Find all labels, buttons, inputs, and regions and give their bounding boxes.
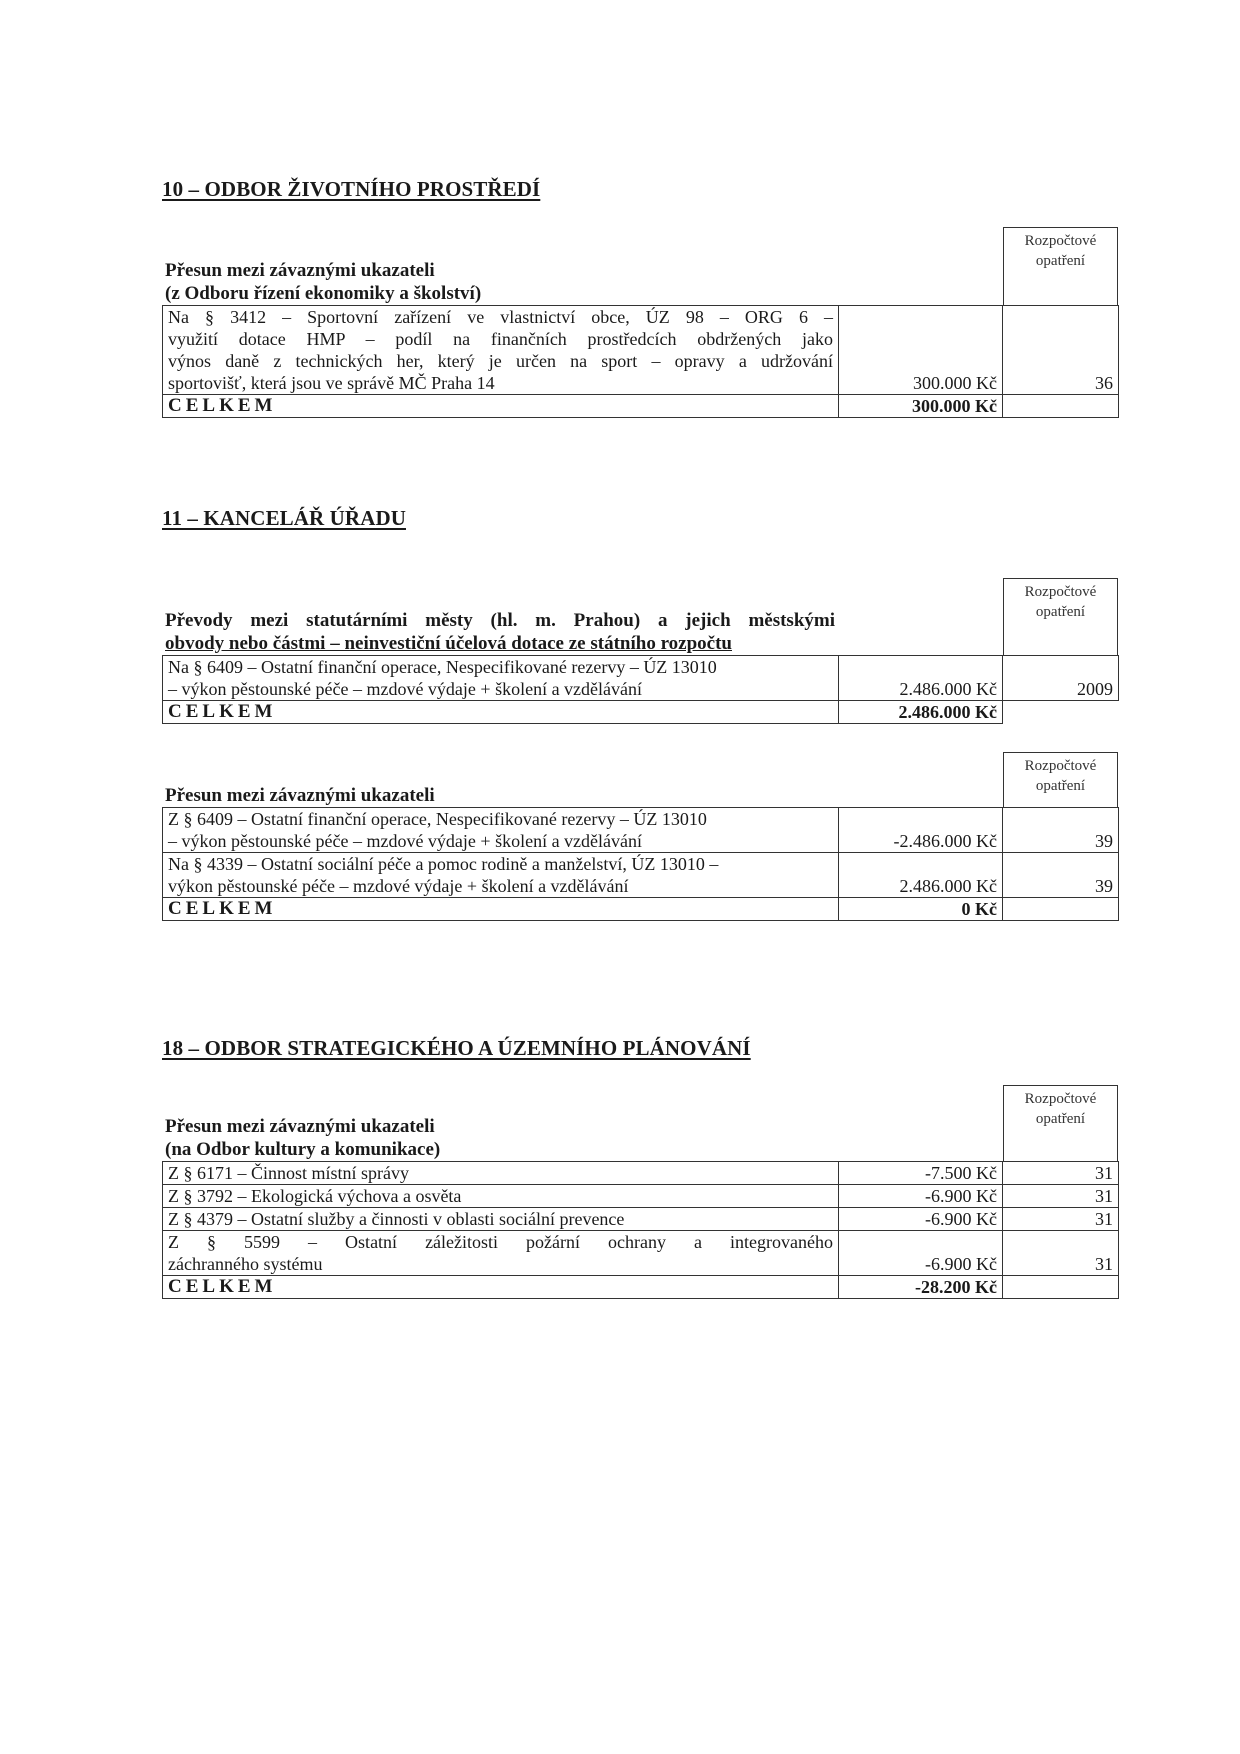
row-ro: 31 xyxy=(1003,1162,1119,1185)
row-amount: -6.900 Kč xyxy=(839,1231,1003,1276)
row-description: Z § 4379 – Ostatní služby a činnosti v o… xyxy=(163,1208,839,1231)
row-ro: 36 xyxy=(1003,306,1119,395)
total-label: CELKEM xyxy=(163,1276,839,1299)
block-heading: Přesun mezi závaznými ukazateli xyxy=(165,784,845,807)
table-row: Na § 4339 – Ostatní sociální péče a pomo… xyxy=(163,853,1119,898)
block-heading: Přesun mezi závaznými ukazateli (z Odbor… xyxy=(165,259,845,305)
ro-header-line: opatření xyxy=(1004,776,1117,796)
row-description: Z § 5599 – Ostatní záležitosti požární o… xyxy=(163,1231,839,1276)
total-label: CELKEM xyxy=(163,701,839,724)
section-title-10: 10 – ODBOR ŽIVOTNÍHO PROSTŘEDÍ xyxy=(162,177,540,202)
section-title-11: 11 – KANCELÁŘ ÚŘADU xyxy=(162,506,406,531)
ro-header-line: opatření xyxy=(1004,1109,1117,1129)
heading-line: (z Odboru řízení ekonomiky a školství) xyxy=(165,282,845,305)
total-row: CELKEM 2.486.000 Kč xyxy=(163,701,1119,724)
total-ro xyxy=(1003,701,1119,724)
row-description: Z § 6409 – Ostatní finanční operace, Nes… xyxy=(163,808,839,853)
heading-line: obvody nebo částmi – neinvestiční účelov… xyxy=(165,632,835,655)
budget-table: Na § 3412 – Sportovní zařízení ve vlastn… xyxy=(162,305,1119,418)
row-ro: 39 xyxy=(1003,853,1119,898)
block-header: Převody mezi statutárními městy (hl. m. … xyxy=(162,578,1118,655)
budget-block-18-1: Přesun mezi závaznými ukazateli (na Odbo… xyxy=(162,1085,1118,1299)
table-row: Z § 6409 – Ostatní finanční operace, Nes… xyxy=(163,808,1119,853)
ro-column-header: Rozpočtové opatření xyxy=(1003,578,1118,655)
total-ro xyxy=(1003,395,1119,418)
row-amount: 2.486.000 Kč xyxy=(839,853,1003,898)
total-row: CELKEM 300.000 Kč xyxy=(163,395,1119,418)
total-amount: 300.000 Kč xyxy=(839,395,1003,418)
heading-line: Převody mezi statutárními městy (hl. m. … xyxy=(165,609,835,632)
block-header: Přesun mezi závaznými ukazateli (z Odbor… xyxy=(162,227,1118,305)
row-amount: -6.900 Kč xyxy=(839,1208,1003,1231)
block-header: Přesun mezi závaznými ukazateli (na Odbo… xyxy=(162,1085,1118,1161)
block-header: Přesun mezi závaznými ukazateli Rozpočto… xyxy=(162,752,1118,807)
row-amount: -2.486.000 Kč xyxy=(839,808,1003,853)
total-label: CELKEM xyxy=(163,898,839,921)
total-ro xyxy=(1003,1276,1119,1299)
table-row: Z § 3792 – Ekologická výchova a osvěta -… xyxy=(163,1185,1119,1208)
ro-header-line: Rozpočtové xyxy=(1004,756,1117,776)
row-description: Na § 4339 – Ostatní sociální péče a pomo… xyxy=(163,853,839,898)
heading-line: Přesun mezi závaznými ukazateli xyxy=(165,1115,845,1138)
total-row: CELKEM -28.200 Kč xyxy=(163,1276,1119,1299)
heading-line: (na Odbor kultury a komunikace) xyxy=(165,1138,845,1161)
table-row: Na § 3412 – Sportovní zařízení ve vlastn… xyxy=(163,306,1119,395)
table-row: Z § 4379 – Ostatní služby a činnosti v o… xyxy=(163,1208,1119,1231)
row-description: Z § 3792 – Ekologická výchova a osvěta xyxy=(163,1185,839,1208)
table-row: Na § 6409 – Ostatní finanční operace, Ne… xyxy=(163,656,1119,701)
block-heading: Přesun mezi závaznými ukazateli (na Odbo… xyxy=(165,1115,845,1161)
total-amount: 0 Kč xyxy=(839,898,1003,921)
total-amount: -28.200 Kč xyxy=(839,1276,1003,1299)
budget-table: Z § 6171 – Činnost místní správy -7.500 … xyxy=(162,1161,1119,1299)
total-label: CELKEM xyxy=(163,395,839,418)
row-ro: 39 xyxy=(1003,808,1119,853)
row-description: Na § 6409 – Ostatní finanční operace, Ne… xyxy=(163,656,839,701)
budget-block-11-2: Přesun mezi závaznými ukazateli Rozpočto… xyxy=(162,752,1118,921)
budget-table: Na § 6409 – Ostatní finanční operace, Ne… xyxy=(162,655,1119,724)
row-ro: 31 xyxy=(1003,1185,1119,1208)
ro-header-line: Rozpočtové xyxy=(1004,231,1117,251)
budget-block-10-1: Přesun mezi závaznými ukazateli (z Odbor… xyxy=(162,227,1118,418)
row-ro: 31 xyxy=(1003,1231,1119,1276)
heading-line: Přesun mezi závaznými ukazateli xyxy=(165,784,845,807)
table-row: Z § 6171 – Činnost místní správy -7.500 … xyxy=(163,1162,1119,1185)
heading-line: Přesun mezi závaznými ukazateli xyxy=(165,259,845,282)
section-title-18: 18 – ODBOR STRATEGICKÉHO A ÚZEMNÍHO PLÁN… xyxy=(162,1036,751,1061)
table-row: Z § 5599 – Ostatní záležitosti požární o… xyxy=(163,1231,1119,1276)
total-ro xyxy=(1003,898,1119,921)
row-description: Na § 3412 – Sportovní zařízení ve vlastn… xyxy=(163,306,839,395)
row-ro: 2009 xyxy=(1003,656,1119,701)
ro-column-header: Rozpočtové opatření xyxy=(1003,1085,1118,1161)
ro-header-line: Rozpočtové xyxy=(1004,582,1117,602)
row-description: Z § 6171 – Činnost místní správy xyxy=(163,1162,839,1185)
row-amount: -7.500 Kč xyxy=(839,1162,1003,1185)
row-amount: 300.000 Kč xyxy=(839,306,1003,395)
ro-header-line: Rozpočtové xyxy=(1004,1089,1117,1109)
ro-column-header: Rozpočtové opatření xyxy=(1003,752,1118,807)
total-row: CELKEM 0 Kč xyxy=(163,898,1119,921)
row-amount: 2.486.000 Kč xyxy=(839,656,1003,701)
total-amount: 2.486.000 Kč xyxy=(839,701,1003,724)
block-heading: Převody mezi statutárními městy (hl. m. … xyxy=(165,609,835,655)
ro-header-line: opatření xyxy=(1004,602,1117,622)
row-amount: -6.900 Kč xyxy=(839,1185,1003,1208)
row-ro: 31 xyxy=(1003,1208,1119,1231)
budget-table: Z § 6409 – Ostatní finanční operace, Nes… xyxy=(162,807,1119,921)
budget-block-11-1: Převody mezi statutárními městy (hl. m. … xyxy=(162,578,1118,724)
ro-header-line: opatření xyxy=(1004,251,1117,271)
ro-column-header: Rozpočtové opatření xyxy=(1003,227,1118,305)
